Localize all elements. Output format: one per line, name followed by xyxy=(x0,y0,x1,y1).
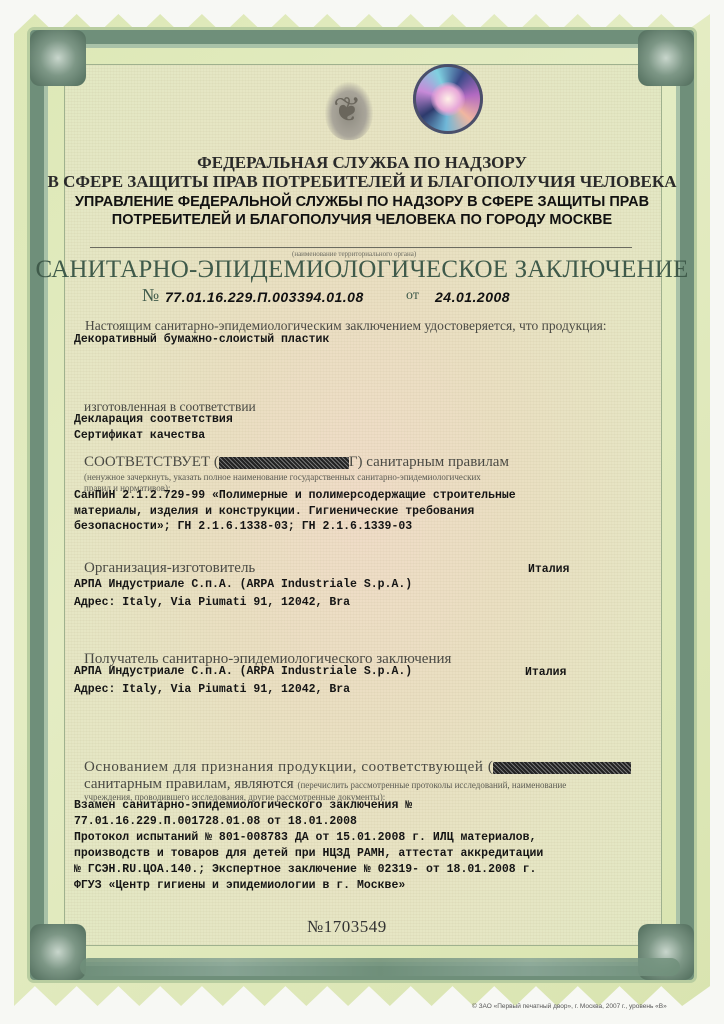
number-label: № xyxy=(142,285,159,306)
conformity-label: СООТВЕТСТВУЕТ (НЕ СООТВЕТСТВУЕТГ) санита… xyxy=(84,454,509,471)
struck-out-text: НЕ СООТВЕТСТВУЕТ xyxy=(219,457,349,469)
rules-line-2: материалы, изделия и конструкции. Гигиен… xyxy=(74,505,474,518)
basis-line-2: санитарным правилам, являются (перечисли… xyxy=(84,776,566,793)
struck-out-text: не соответствующей xyxy=(493,762,631,774)
manufacturer-name: АРПА Индустриале С.п.А. (ARPA Industrial… xyxy=(74,578,412,591)
made-per-doc-1: Декларация соответствия xyxy=(74,413,233,426)
document-title: САНИТАРНО-ЭПИДЕМИОЛОГИЧЕСКОЕ ЗАКЛЮЧЕНИЕ xyxy=(0,256,724,284)
basis-line-2-caption: (перечислить рассмотренные протоколы исс… xyxy=(297,780,566,790)
basis-line-1: Основанием для признания продукции, соот… xyxy=(84,759,631,776)
conformity-label-start: СООТВЕТСТВУЕТ ( xyxy=(84,454,219,470)
corner-ornament-icon xyxy=(638,30,694,86)
agency-line-2: В СФЕРЕ ЗАЩИТЫ ПРАВ ПОТРЕБИТЕЛЕЙ И БЛАГО… xyxy=(0,172,724,192)
rules-line-3: безопасности»; ГН 2.1.6.1338-03; ГН 2.1.… xyxy=(74,520,412,533)
date-label: от xyxy=(406,288,419,304)
corner-ornament-icon xyxy=(30,924,86,980)
manufacturer-country: Италия xyxy=(528,563,569,576)
rules-line-1: СанПиН 2.1.2.729-99 «Полимерные и полиме… xyxy=(74,489,516,502)
product-name: Декоративный бумажно-слоистый пластик xyxy=(74,333,329,346)
recipient-address: Адрес: Italy, Via Piumati 91, 12042, Bra xyxy=(74,683,350,696)
territorial-line-1: УПРАВЛЕНИЕ ФЕДЕРАЛЬНОЙ СЛУЖБЫ ПО НАДЗОРУ… xyxy=(0,194,724,210)
hologram-seal-icon xyxy=(413,64,483,134)
printer-footer: © ЗАО «Первый печатный двор», г. Москва,… xyxy=(472,1003,667,1010)
agency-line-1: ФЕДЕРАЛЬНАЯ СЛУЖБА ПО НАДЗОРУ xyxy=(0,153,724,173)
form-serial-number: №1703549 xyxy=(307,917,387,937)
recipient-country: Италия xyxy=(525,666,566,679)
basis-item: Взамен санитарно-эпидемиологического зак… xyxy=(74,799,412,812)
eagle-emblem-icon xyxy=(325,82,373,140)
basis-item: 77.01.16.229.П.001728.01.08 от 18.01.200… xyxy=(74,815,357,828)
conformity-label-end: Г) санитарным правилам xyxy=(349,454,509,470)
conformity-caption-1: (ненужное зачеркнуть, указать полное наи… xyxy=(84,472,481,482)
document-number: 77.01.16.229.П.003394.01.08 xyxy=(165,289,364,305)
divider xyxy=(90,247,632,248)
basis-line-2-text: санитарным правилам, являются xyxy=(84,776,294,792)
territorial-line-2: ПОТРЕБИТЕЛЕЙ И БЛАГОПОЛУЧИЯ ЧЕЛОВЕКА ПО … xyxy=(0,212,724,228)
manufacturer-label: Организация-изготовитель xyxy=(84,560,255,577)
document-date: 24.01.2008 xyxy=(435,289,510,305)
basis-line-1-text: Основанием для признания продукции, соот… xyxy=(84,759,493,775)
product-intro: Настоящим санитарно-эпидемиологическим з… xyxy=(85,318,607,334)
basis-item: Протокол испытаний № 801-008783 ДА от 15… xyxy=(74,831,536,844)
manufacturer-address: Адрес: Italy, Via Piumati 91, 12042, Bra xyxy=(74,596,350,609)
made-per-doc-2: Сертификат качества xyxy=(74,429,205,442)
basis-item: ФГУЗ «Центр гигиены и эпидемиологии в г.… xyxy=(74,879,405,892)
corner-ornament-icon xyxy=(30,30,86,86)
basis-item: № ГСЭН.RU.ЦОА.140.; Экспертное заключени… xyxy=(74,863,536,876)
basis-item: производств и товаров для детей при НЦЗД… xyxy=(74,847,543,860)
recipient-name: АРПА Индустриале С.п.А. (ARPA Industrial… xyxy=(74,665,412,678)
bottom-wave-ribbon xyxy=(80,958,680,976)
